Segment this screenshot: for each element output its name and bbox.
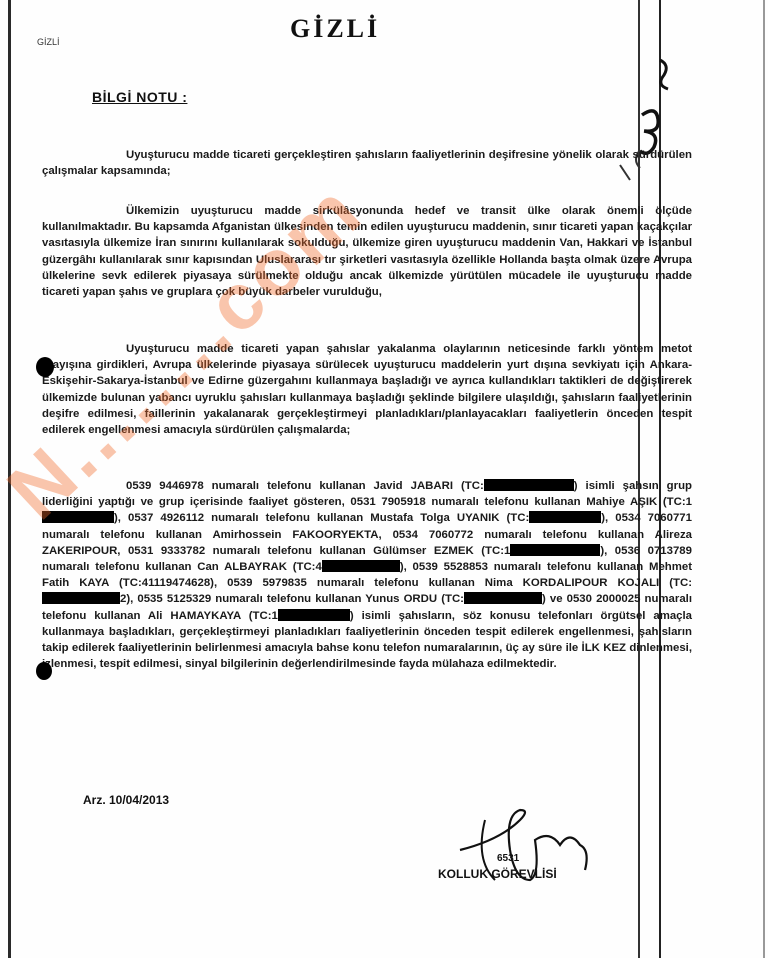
redaction-bar xyxy=(42,511,114,523)
redaction-bar xyxy=(42,592,120,604)
classification-label-small: GİZLİ xyxy=(37,37,60,47)
paragraph-text: Ülkemizin uyuşturucu madde sirkülâsyonun… xyxy=(42,205,692,298)
paragraph-text: ), 0537 4926112 numaralı telefonu kullan… xyxy=(114,512,529,524)
paragraph-intro: Uyuşturucu madde ticareti gerçekleştiren… xyxy=(42,147,692,179)
redaction-bar xyxy=(529,511,601,523)
redaction-bar xyxy=(510,544,600,556)
paragraph-text: Uyuşturucu madde ticareti yapan şahıslar… xyxy=(42,343,692,436)
redaction-blot xyxy=(36,662,52,680)
redaction-bar xyxy=(322,560,400,572)
signature-title: KOLLUK GÖREVLİSİ xyxy=(438,867,557,881)
redaction-bar xyxy=(484,479,574,491)
document-subject: BİLGİ NOTU : xyxy=(92,89,187,105)
classification-title: GİZLİ xyxy=(290,14,380,44)
paragraph-text: Uyuşturucu madde ticareti gerçekleştiren… xyxy=(42,149,692,177)
scan-left-edge xyxy=(8,0,11,958)
paragraph-text: 2), 0535 5125329 numaralı telefonu kulla… xyxy=(120,593,464,605)
redaction-bar xyxy=(464,592,542,604)
signature-number: 6531 xyxy=(497,853,519,864)
redaction-bar xyxy=(278,609,350,621)
scanned-document-page: GİZLİ GİZLİ BİLGİ NOTU : Uyuşturucu madd… xyxy=(0,0,768,958)
paragraph-method: Uyuşturucu madde ticareti yapan şahıslar… xyxy=(42,341,692,438)
submission-date: Arz. 10/04/2013 xyxy=(83,793,169,807)
paragraph-context: Ülkemizin uyuşturucu madde sirkülâsyonun… xyxy=(42,203,692,300)
scan-right-edge xyxy=(763,0,765,958)
paragraph-suspects: 0539 9446978 numaralı telefonu kullanan … xyxy=(42,478,692,672)
paragraph-text: 0539 9446978 numaralı telefonu kullanan … xyxy=(126,480,484,492)
redaction-blot xyxy=(36,357,54,377)
